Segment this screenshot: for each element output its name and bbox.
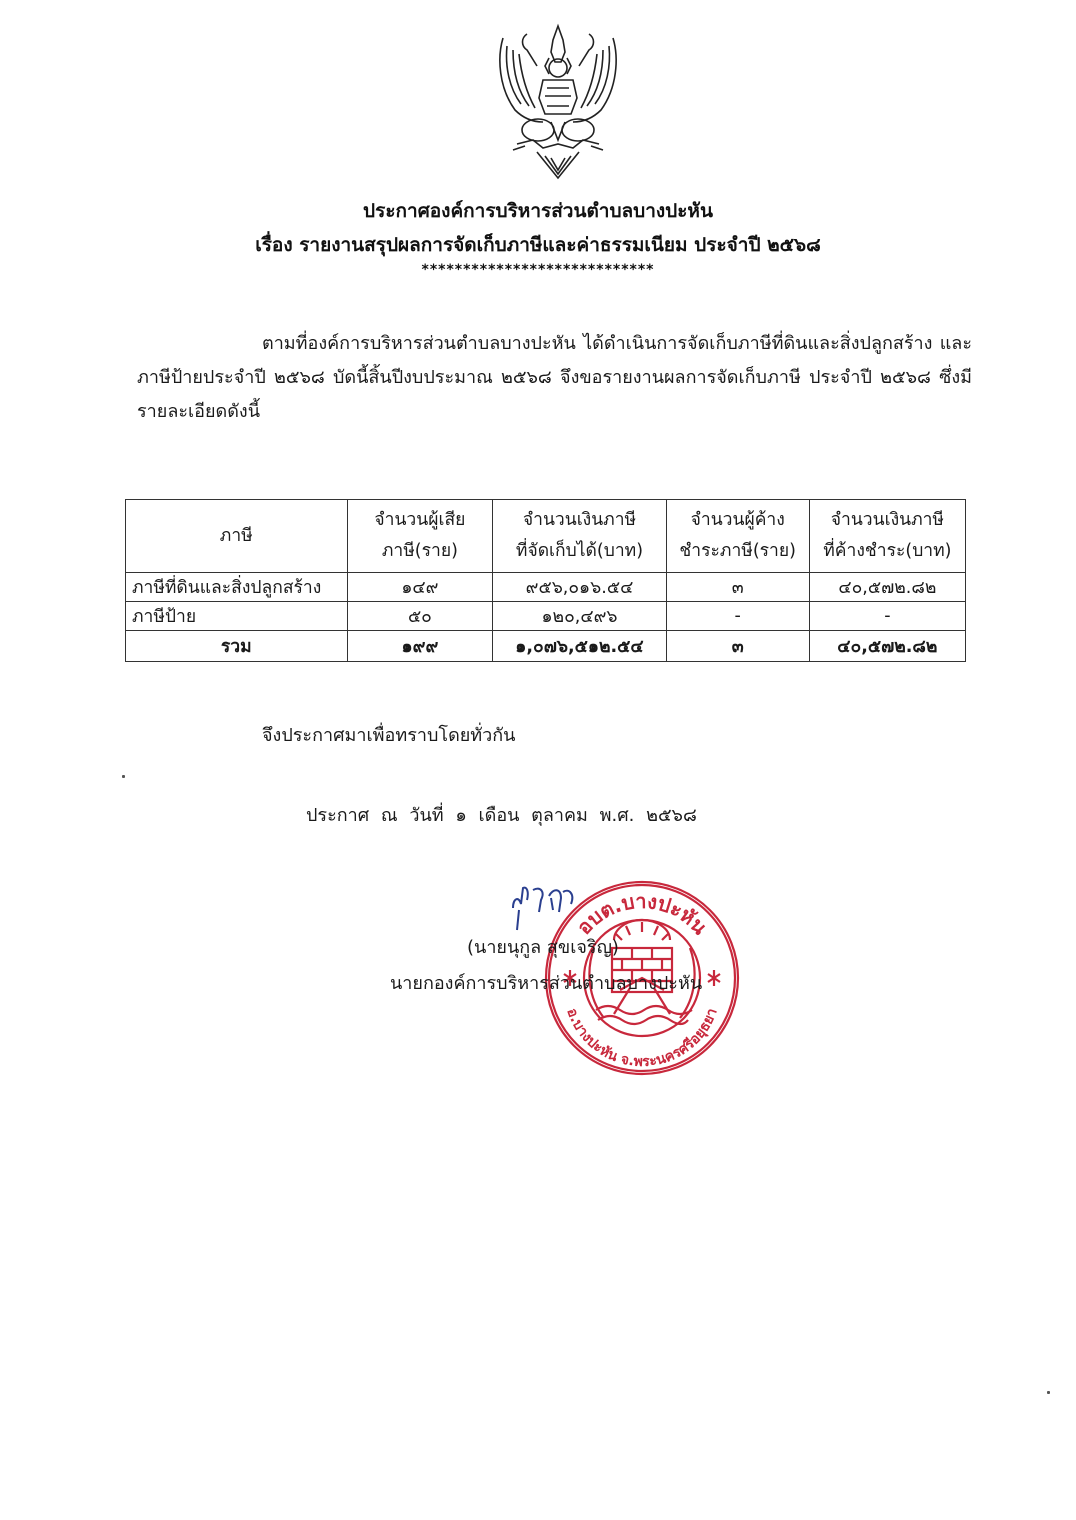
header-outstanding-payers: จำนวนผู้ค้างชำระภาษี(ราย): [666, 500, 809, 573]
total-label: รวม: [126, 631, 348, 662]
table-total-row: รวม ๑๙๙ ๑,๐๗๖,๕๑๒.๕๔ ๓ ๔๐,๕๗๒.๘๒: [126, 631, 966, 662]
amount-collected: ๙๕๖,๐๑๖.๕๔: [493, 573, 666, 602]
document-title: ประกาศองค์การบริหารส่วนตำบลบางปะหัน: [0, 196, 1076, 226]
body-paragraph: ตามที่องค์การบริหารส่วนตำบลบางปะหัน ได้ด…: [137, 327, 972, 429]
total-outstanding-payers: ๓: [666, 631, 809, 662]
garuda-emblem-icon: [493, 18, 623, 183]
closing-statement: จึงประกาศมาเพื่อทราบโดยทั่วกัน: [262, 720, 515, 749]
total-amount-collected: ๑,๐๗๖,๕๑๒.๕๔: [493, 631, 666, 662]
taxpayers-count: ๑๔๙: [347, 573, 493, 602]
table-row: ภาษีที่ดินและสิ่งปลูกสร้าง ๑๔๙ ๙๕๖,๐๑๖.๕…: [126, 573, 966, 602]
signer-position: นายกองค์การบริหารส่วนตำบลบางปะหัน: [390, 968, 702, 997]
outstanding-payers: -: [666, 602, 809, 631]
header-outstanding-amount: จำนวนเงินภาษีที่ค้างชำระ(บาท): [809, 500, 965, 573]
taxpayers-count: ๕๐: [347, 602, 493, 631]
signer-name: (นายนุกูล สุขเจริญ): [467, 932, 619, 961]
separator-stars: ****************************: [0, 262, 1076, 278]
total-outstanding-amount: ๔๐,๕๗๒.๘๒: [809, 631, 965, 662]
announcement-date: ประกาศ ณ วันที่ ๑ เดือน ตุลาคม พ.ศ. ๒๕๖๘: [306, 800, 697, 829]
outstanding-payers: ๓: [666, 573, 809, 602]
header-taxpayers: จำนวนผู้เสียภาษี(ราย): [347, 500, 493, 573]
total-taxpayers: ๑๙๙: [347, 631, 493, 662]
table-row: ภาษีป้าย ๕๐ ๑๒๐,๔๙๖ - -: [126, 602, 966, 631]
svg-text:อ.บางปะหัน จ.พระนครศรีอยุธยา: อ.บางปะหัน จ.พระนครศรีอยุธยา: [563, 1006, 720, 1070]
scan-speck: [122, 775, 125, 778]
outstanding-amount: ๔๐,๕๗๒.๘๒: [809, 573, 965, 602]
tax-summary-table: ภาษี จำนวนผู้เสียภาษี(ราย) จำนวนเงินภาษี…: [125, 499, 966, 662]
amount-collected: ๑๒๐,๔๙๖: [493, 602, 666, 631]
header-tax-type: ภาษี: [126, 500, 348, 573]
signature-icon: [505, 878, 585, 938]
document-subject: เรื่อง รายงานสรุปผลการจัดเก็บภาษีและค่าธ…: [0, 230, 1076, 260]
tax-type: ภาษีที่ดินและสิ่งปลูกสร้าง: [126, 573, 348, 602]
table-header-row: ภาษี จำนวนผู้เสียภาษี(ราย) จำนวนเงินภาษี…: [126, 500, 966, 573]
header-amount-collected: จำนวนเงินภาษีที่จัดเก็บได้(บาท): [493, 500, 666, 573]
tax-type: ภาษีป้าย: [126, 602, 348, 631]
stamp-bottom-text: อ.บางปะหัน จ.พระนครศรีอยุธยา: [563, 1006, 720, 1070]
outstanding-amount: -: [809, 602, 965, 631]
scan-speck: [1047, 1391, 1050, 1394]
